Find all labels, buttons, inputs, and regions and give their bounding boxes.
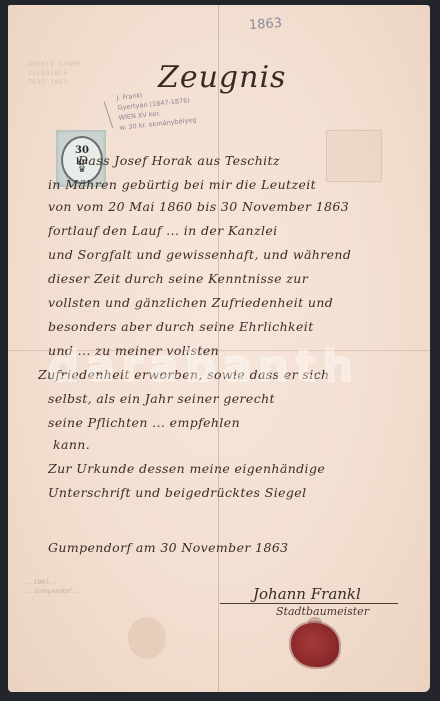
body-line-13: kann. [53,437,412,452]
body-line-3: von vom 20 Mai 1860 bis 30 November 1863 [48,199,412,214]
body-line-11: selbst, als ein Jahr seiner gerecht [48,391,412,406]
body-line-6: dieser Zeit durch seine Kenntnisse zur [48,271,412,286]
bottom-pencil-note: ... 1863 ... ... Gumpendorf ... [26,578,79,596]
year-pencil-note: 1863 [249,16,283,33]
body-line-7: vollsten und gänzlichen Zufriedenheit un… [48,295,412,310]
body-line-1: Dass Josef Horak aus Teschitz [78,153,412,168]
body-line-14: Zur Urkunde dessen meine eigenhändige [48,461,412,476]
signature-title: Stadtbaumeister [276,605,369,618]
place-date: Gumpendorf am 30 November 1863 [48,540,412,555]
wax-seal-icon [291,623,339,667]
body-line-15: Unterschrift und beigedrücktes Siegel [48,485,412,500]
signature-line [220,603,398,604]
body-line-12: seine Pflichten ... empfehlen [48,415,412,430]
signature: Johann Frankl [253,585,361,603]
document-paper: 1863 ARCHIV STAMP ILLEGIBLE TEXT 1863 Ze… [8,5,430,692]
pencil-arrow-icon [104,102,114,129]
archive-stamp-ghost: ARCHIV STAMP ILLEGIBLE TEXT 1863 [28,60,81,87]
ghost-seal-mark [128,617,166,659]
body-line-8: besonders aber durch seine Ehrlichkeit [48,319,412,334]
body-line-5: und Sorgfalt und gewissenhaft, und währe… [48,247,412,262]
pencil-annotation: J. Frankl Gyertyán (1847-1876) WIEN XV k… [116,85,197,133]
body-line-4: fortlauf den Lauf ... in der Kanzlei [48,223,412,238]
body-line-2: in Mähren gebürtig bei mir die Leutzeit [48,177,412,192]
watermark: darabanth [48,341,359,392]
